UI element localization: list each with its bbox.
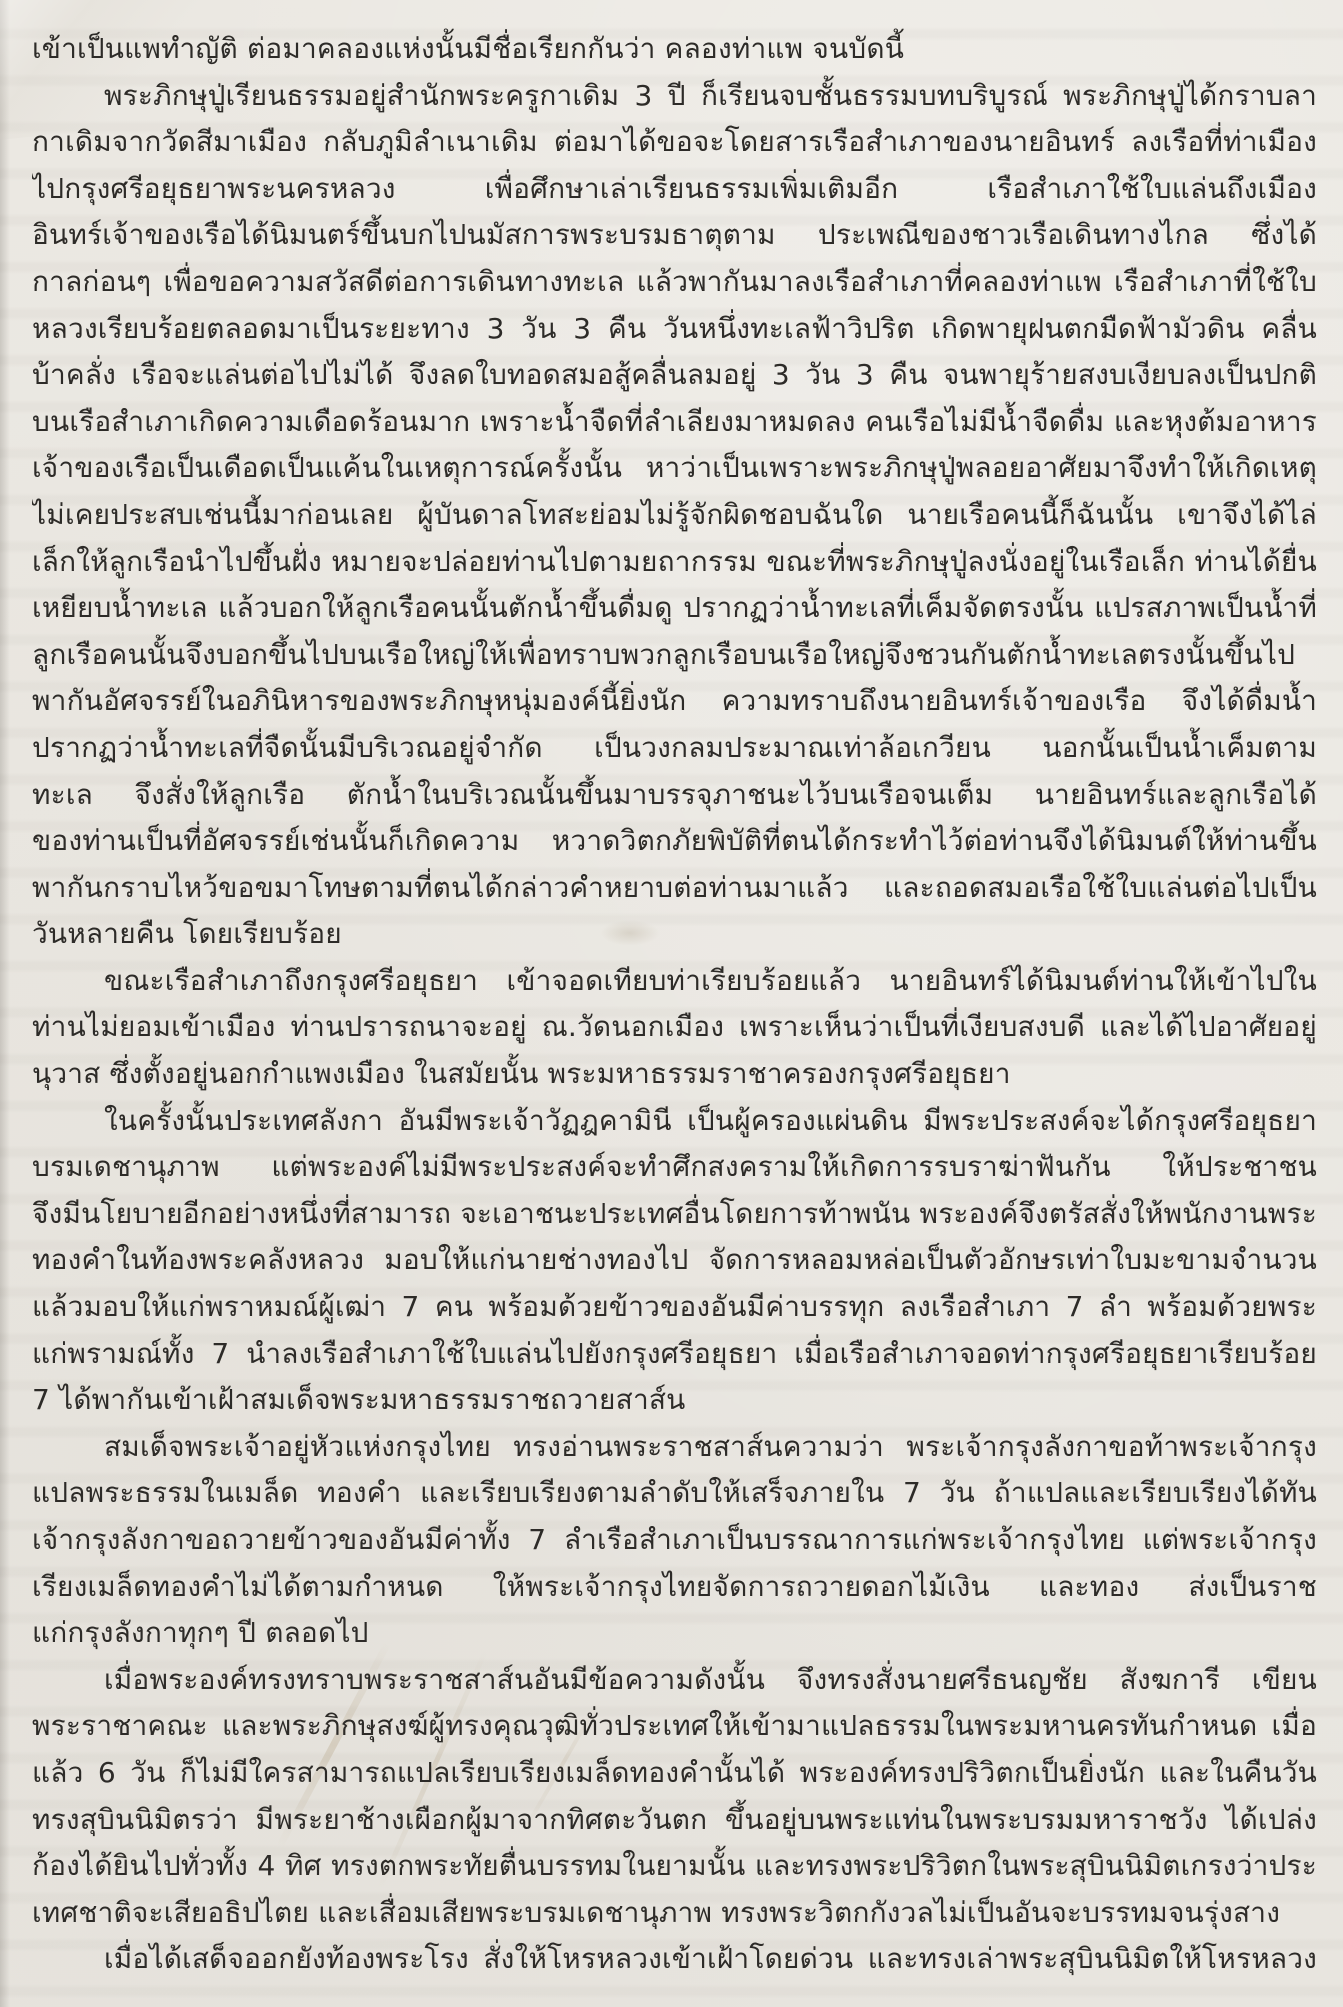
text-line-30: 7 ได้พากันเข้าเฝ้าสมเด็จพระมหาธรรมราชถวา…: [32, 1377, 1317, 1424]
text-line-40: ก้องได้ยินไปทั่วทั้ง 4 ทิศ ทรงตกพระทัยตื…: [32, 1843, 1317, 1890]
text-line-15: พากันอัศจรรย์ในอภินิหารของพระภิกษุหนุ่มอ…: [32, 678, 1317, 725]
text-line-27: ทองคำในท้องพระคลังหลวง มอบให้แก่นายช่างท…: [32, 1237, 1317, 1284]
text-line-35: แก่กรุงลังกาทุกๆ ปี ตลอดไป: [32, 1610, 1317, 1657]
text-line-18: ของท่านเป็นที่อัศจรรย์เช่นนั้นก็เกิดความ…: [32, 818, 1317, 865]
text-line-8: บ้าคลั่ง เรือจะแล่นต่อไปไม่ได้ จึงลดใบทอ…: [32, 352, 1317, 399]
text-line-4: ไปกรุงศรีอยุธยาพระนครหลวง เพื่อศึกษาเล่า…: [32, 166, 1317, 213]
text-line-25: บรมเดชานุภาพ แต่พระองค์ไม่มีพระประสงค์จะ…: [32, 1144, 1317, 1191]
text-line-42: เมื่อได้เสด็จออกยังท้องพระโรง สั่งให้โหร…: [32, 1936, 1317, 1983]
text-line-9: บนเรือสำเภาเกิดความเดือดร้อนมาก เพราะน้ำ…: [32, 399, 1317, 446]
scan-edge-shadow: [0, 0, 10, 2007]
text-line-29: แก่พรามณ์ทั้ง 7 นำลงเรือสำเภาใช้ใบแล่นไป…: [32, 1331, 1317, 1378]
scanned-document-page: เข้าเป็นแพทำญัติ ต่อมาคลองแห่งนั้นมีชื่อ…: [0, 0, 1343, 2007]
document-text: เข้าเป็นแพทำญัติ ต่อมาคลองแห่งนั้นมีชื่อ…: [32, 26, 1317, 1983]
text-line-10: เจ้าของเรือเป็นเดือดเป็นแค้นในเหตุการณ์ค…: [32, 445, 1317, 492]
text-line-6: กาลก่อนๆ เพื่อขอความสวัสดีต่อการเดินทางท…: [32, 259, 1317, 306]
text-line-39: ทรงสุบินนิมิตรว่า มีพระยาช้างเผือกผู้มาจ…: [32, 1797, 1317, 1844]
text-line-11: ไม่เคยประสบเช่นนี้มาก่อนเลย ผู้บันดาลโทส…: [32, 492, 1317, 539]
text-line-14: ลูกเรือคนนั้นจึงบอกขึ้นไปบนเรือใหญ่ให้เพ…: [32, 632, 1317, 679]
text-line-13: เหยียบน้ำทะเล แล้วบอกให้ลูกเรือคนนั้นตัก…: [32, 585, 1317, 632]
text-line-41: เทศชาติจะเสียอธิปไตย และเสื่อมเสียพระบรม…: [32, 1890, 1317, 1937]
text-line-37: พระราชาคณะ และพระภิกษุสงฆ์ผู้ทรงคุณวุฒิท…: [32, 1703, 1317, 1750]
text-line-12: เล็กให้ลูกเรือนำไปขึ้นฝั่ง หมายจะปล่อยท่…: [32, 539, 1317, 586]
text-line-2: พระภิกษุปู่เรียนธรรมอยู่สำนักพระครูกาเดิ…: [32, 73, 1317, 120]
text-line-23: นุวาส ซึ่งตั้งอยู่นอกกำแพงเมือง ในสมัยนั…: [32, 1051, 1317, 1098]
text-line-19: พากันกราบไหว้ขอขมาโทษตามที่ตนได้กล่าวคำห…: [32, 865, 1317, 912]
text-line-5: อินทร์เจ้าของเรือได้นิมนตร์ขึ้นบกไปนมัสก…: [32, 212, 1317, 259]
text-line-20: วันหลายคืน โดยเรียบร้อย: [32, 911, 1317, 958]
text-line-34: เรียงเมล็ดทองคำไม่ได้ตามกำหนด ให้พระเจ้า…: [32, 1564, 1317, 1611]
text-line-36: เมื่อพระองค์ทรงทราบพระราชสาส์นอันมีข้อคว…: [32, 1657, 1317, 1704]
text-line-7: หลวงเรียบร้อยตลอดมาเป็นระยะทาง 3 วัน 3 ค…: [32, 306, 1317, 353]
text-line-32: แปลพระธรรมในเมล็ด ทองคำ และเรียบเรียงตาม…: [32, 1470, 1317, 1517]
text-line-21: ขณะเรือสำเภาถึงกรุงศรีอยุธยา เข้าจอดเทีย…: [32, 958, 1317, 1005]
text-line-1: เข้าเป็นแพทำญัติ ต่อมาคลองแห่งนั้นมีชื่อ…: [32, 26, 1317, 73]
text-line-3: กาเดิมจากวัดสีมาเมือง กลับภูมิลำเนาเดิม …: [32, 119, 1317, 166]
text-line-22: ท่านไม่ยอมเข้าเมือง ท่านปรารถนาจะอยู่ ณ.…: [32, 1004, 1317, 1051]
text-line-28: แล้วมอบให้แก่พราหมณ์ผู้เฒ่า 7 คน พร้อมด้…: [32, 1284, 1317, 1331]
text-line-24: ในครั้งนั้นประเทศลังกา อันมีพระเจ้าวัฏฎค…: [32, 1098, 1317, 1145]
text-line-31: สมเด็จพระเจ้าอยู่หัวแห่งกรุงไทย ทรงอ่านพ…: [32, 1424, 1317, 1471]
text-line-17: ทะเล จึงสั่งให้ลูกเรือ ตักน้ำในบริเวณนั้…: [32, 772, 1317, 819]
text-line-16: ปรากฏว่าน้ำทะเลที่จืดนั้นมีบริเวณอยู่จำก…: [32, 725, 1317, 772]
text-line-38: แล้ว 6 วัน ก็ไม่มีใครสามารถแปลเรียบเรียง…: [32, 1750, 1317, 1797]
text-line-33: เจ้ากรุงลังกาขอถวายข้าวของอันมีค่าทั้ง 7…: [32, 1517, 1317, 1564]
text-line-26: จึงมีนโยบายอีกอย่างหนึ่งที่สามารถ จะเอาช…: [32, 1191, 1317, 1238]
